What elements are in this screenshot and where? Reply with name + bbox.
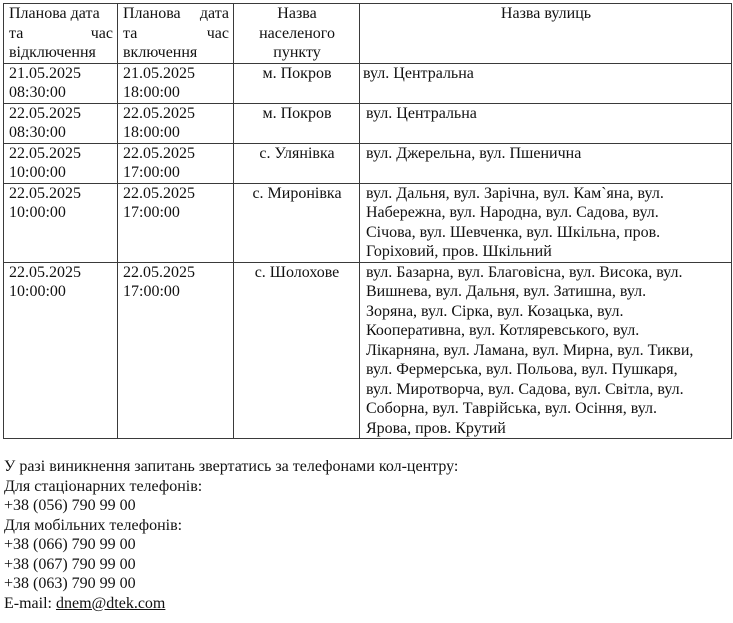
- table-row: 22.05.2025 10:00:00 22.05.2025 17:00:00 …: [4, 262, 732, 439]
- on-time: 18:00:00: [123, 83, 229, 103]
- on-datetime-cell: 22.05.2025 17:00:00: [118, 143, 234, 183]
- header-settlement-line-2: населеного: [239, 24, 355, 44]
- header-on-line-2: та час: [123, 24, 229, 44]
- header-on-datetime: Планова дата та час включення: [118, 4, 234, 64]
- on-datetime-cell: 22.05.2025 17:00:00: [118, 183, 234, 262]
- on-datetime-cell: 22.05.2025 17:00:00: [118, 262, 234, 439]
- streets-cell: вул. Дальня, вул. Зарічна, вул. Кам`яна,…: [360, 183, 732, 262]
- streets-cell: вул. Центральна: [360, 63, 732, 103]
- off-time: 08:30:00: [9, 83, 113, 103]
- table-row: 22.05.2025 10:00:00 22.05.2025 17:00:00 …: [4, 183, 732, 262]
- on-time: 17:00:00: [123, 203, 229, 223]
- header-streets: Назва вулиць: [360, 4, 732, 64]
- streets-cell: вул. Базарна, вул. Благовісна, вул. Висо…: [360, 262, 732, 439]
- streets-line: Вишнева, вул. Дальня, вул. Затишна, вул.: [366, 282, 727, 302]
- off-date: 21.05.2025: [9, 64, 113, 84]
- streets-line: вул. Центральна: [363, 64, 727, 84]
- header-off-line-3: відключення: [9, 43, 113, 63]
- streets-cell: вул. Джерельна, вул. Пшенична: [360, 143, 732, 183]
- settlement-cell: с. Улянівка: [234, 143, 360, 183]
- on-date: 22.05.2025: [123, 263, 229, 283]
- settlement-cell: м. Покров: [234, 103, 360, 143]
- streets-line: Горіховий, пров. Шкільний: [366, 242, 727, 262]
- table-row: 21.05.2025 08:30:00 21.05.2025 18:00:00 …: [4, 63, 732, 103]
- streets-line: вул. Дальня, вул. Зарічна, вул. Кам`яна,…: [366, 184, 727, 204]
- header-off-line-2: та час: [9, 24, 113, 44]
- settlement-cell: м. Покров: [234, 63, 360, 103]
- off-time: 10:00:00: [9, 282, 113, 302]
- landline-phone: +38 (056) 790 99 00: [4, 496, 458, 516]
- streets-line: Лікарняна, вул. Ламана, вул. Мирна, вул.…: [366, 341, 727, 361]
- off-datetime-cell: 22.05.2025 10:00:00: [4, 183, 118, 262]
- outage-schedule-table: Планова дата та час відключення Планова …: [3, 3, 732, 439]
- settlement-cell: с. Миронівка: [234, 183, 360, 262]
- off-date: 22.05.2025: [9, 184, 113, 204]
- on-datetime-cell: 21.05.2025 18:00:00: [118, 63, 234, 103]
- header-settlement: Назва населеного пункту: [234, 4, 360, 64]
- header-off-line-1: Планова дата: [9, 4, 113, 24]
- off-date: 22.05.2025: [9, 104, 113, 124]
- email-line: E-mail: dnem@dtek.com: [4, 594, 458, 614]
- streets-line: Кооперативна, вул. Котляревського, вул.: [366, 321, 727, 341]
- off-date: 22.05.2025: [9, 144, 113, 164]
- table-row: 22.05.2025 10:00:00 22.05.2025 17:00:00 …: [4, 143, 732, 183]
- mobile-phone: +38 (067) 790 99 00: [4, 555, 458, 575]
- mobile-label: Для мобільних телефонів:: [4, 516, 458, 536]
- contact-info: У разі виникнення запитань звертатись за…: [4, 457, 458, 613]
- streets-line: вул. Фермерська, вул. Польова, вул. Пушк…: [366, 360, 727, 380]
- streets-line: вул. Джерельна, вул. Пшенична: [366, 144, 727, 164]
- table-row: 22.05.2025 08:30:00 22.05.2025 18:00:00 …: [4, 103, 732, 143]
- on-date: 22.05.2025: [123, 184, 229, 204]
- off-time: 10:00:00: [9, 163, 113, 183]
- on-date: 22.05.2025: [123, 144, 229, 164]
- off-datetime-cell: 21.05.2025 08:30:00: [4, 63, 118, 103]
- on-datetime-cell: 22.05.2025 18:00:00: [118, 103, 234, 143]
- table-header-row: Планова дата та час відключення Планова …: [4, 4, 732, 64]
- streets-line: вул. Центральна: [366, 104, 727, 124]
- off-date: 22.05.2025: [9, 263, 113, 283]
- header-settlement-line-3: пункту: [239, 43, 355, 63]
- streets-line: вул. Базарна, вул. Благовісна, вул. Висо…: [366, 263, 727, 283]
- landline-label: Для стаціонарних телефонів:: [4, 477, 458, 497]
- mobile-phone: +38 (066) 790 99 00: [4, 535, 458, 555]
- off-time: 08:30:00: [9, 123, 113, 143]
- header-on-line-1: Планова дата: [123, 4, 229, 24]
- streets-line: Набережна, вул. Народна, вул. Садова, ву…: [366, 203, 727, 223]
- header-on-line-3: включення: [123, 43, 229, 63]
- contact-intro: У разі виникнення запитань звертатись за…: [4, 457, 458, 477]
- streets-line: вул. Миротворча, вул. Садова, вул. Світл…: [366, 380, 727, 400]
- on-time: 17:00:00: [123, 282, 229, 302]
- off-datetime-cell: 22.05.2025 10:00:00: [4, 143, 118, 183]
- email-label: E-mail:: [4, 595, 56, 612]
- streets-line: Січова, вул. Шевченка, вул. Шкільна, про…: [366, 223, 727, 243]
- header-settlement-line-1: Назва: [239, 4, 355, 24]
- settlement-cell: с. Шолохове: [234, 262, 360, 439]
- off-datetime-cell: 22.05.2025 10:00:00: [4, 262, 118, 439]
- on-date: 22.05.2025: [123, 104, 229, 124]
- email-link[interactable]: dnem@dtek.com: [56, 595, 165, 612]
- on-date: 21.05.2025: [123, 64, 229, 84]
- on-time: 17:00:00: [123, 163, 229, 183]
- streets-line: Зоряна, вул. Сірка, вул. Козацька, вул.: [366, 302, 727, 322]
- streets-cell: вул. Центральна: [360, 103, 732, 143]
- streets-line: Соборна, вул. Таврійська, вул. Осіння, в…: [366, 399, 727, 419]
- off-datetime-cell: 22.05.2025 08:30:00: [4, 103, 118, 143]
- mobile-phone: +38 (063) 790 99 00: [4, 574, 458, 594]
- on-time: 18:00:00: [123, 123, 229, 143]
- streets-line: Ярова, пров. Крутий: [366, 419, 727, 439]
- off-time: 10:00:00: [9, 203, 113, 223]
- header-off-datetime: Планова дата та час відключення: [4, 4, 118, 64]
